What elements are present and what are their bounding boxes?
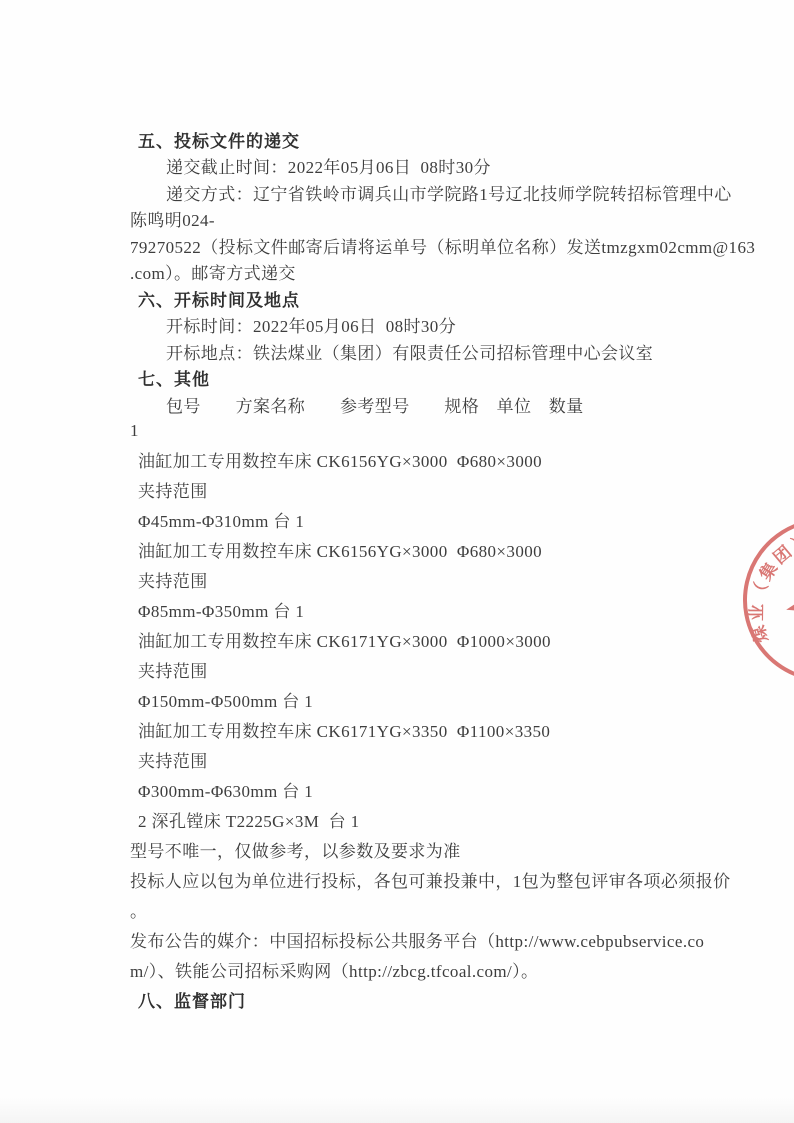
section-8-heading: 八、监督部门 [130,984,774,1014]
equipment-list-section: 油缸加工专用数控车床 CK6156YG×3000 Φ680×3000 夹持范围 … [130,444,774,1014]
submission-deadline-line: 递交截止时间：2022年05月06日 08时30分 [130,153,774,180]
contact-name-line: 陈鸣明024- [130,206,774,233]
section-6-heading: 六、开标时间及地点 [130,285,774,312]
announce-media-line-2: m/）、铁能公司招标采购网（http://zbcg.tfcoal.com/）。 [130,954,774,984]
section-5-heading: 五、投标文件的递交 [130,126,774,153]
document-body: 五、投标文件的递交 递交截止时间：2022年05月06日 08时30分 递交方式… [130,126,774,1014]
package-2-line: 2 深孔镗床 T2225G×3M 台 1 [130,804,774,834]
bidding-rule-line: 投标人应以包为单位进行投标，各包可兼投兼中，1包为整包评审各项必须报价 [130,864,774,894]
table-header-line: 包号 方案名称 参考型号 规格 单位 数量 [130,391,774,418]
machine-spec-line: 油缸加工专用数控车床 CK6171YG×3350 Φ1100×3350 [130,714,774,744]
submission-method-line: 递交方式：辽宁省铁岭市调兵山市学院路1号辽北技师学院转招标管理中心 [130,179,774,206]
clamp-range-value: Φ85mm-Φ350mm 台 1 [130,594,774,624]
machine-spec-line: 油缸加工专用数控车床 CK6156YG×3000 Φ680×3000 [130,444,774,474]
clamp-range-label: 夹持范围 [130,744,774,774]
bid-opening-place-line: 开标地点：铁法煤业（集团）有限责任公司招标管理中心会议室 [130,338,774,365]
mail-delivery-line: .com）。邮寄方式递交 [130,259,774,286]
machine-spec-line: 油缸加工专用数控车床 CK6156YG×3000 Φ680×3000 [130,534,774,564]
clamp-range-label: 夹持范围 [130,474,774,504]
scan-shadow-edge [0,1097,794,1123]
document-top-section: 五、投标文件的递交 递交截止时间：2022年05月06日 08时30分 递交方式… [130,126,774,444]
bid-opening-time-line: 开标时间：2022年05月06日 08时30分 [130,312,774,339]
clamp-range-value: Φ300mm-Φ630mm 台 1 [130,774,774,804]
clamp-range-value: Φ150mm-Φ500mm 台 1 [130,684,774,714]
scanned-document-page: 五、投标文件的递交 递交截止时间：2022年05月06日 08时30分 递交方式… [0,0,794,1123]
announce-media-line: 发布公告的媒介：中国招标投标公共服务平台（http://www.cebpubse… [130,924,774,954]
model-note-line: 型号不唯一，仅做参考，以参数及要求为准 [130,834,774,864]
clamp-range-value: Φ45mm-Φ310mm 台 1 [130,504,774,534]
machine-spec-line: 油缸加工专用数控车床 CK6171YG×3000 Φ1000×3000 [130,624,774,654]
package-number-line: 1 [130,418,774,445]
section-7-heading: 七、其他 [130,365,774,392]
period-line: 。 [130,894,774,924]
clamp-range-label: 夹持范围 [130,654,774,684]
contact-phone-email-line: 79270522（投标文件邮寄后请将运单号（标明单位名称）发送tmzgxm02c… [130,232,774,259]
clamp-range-label: 夹持范围 [130,564,774,594]
